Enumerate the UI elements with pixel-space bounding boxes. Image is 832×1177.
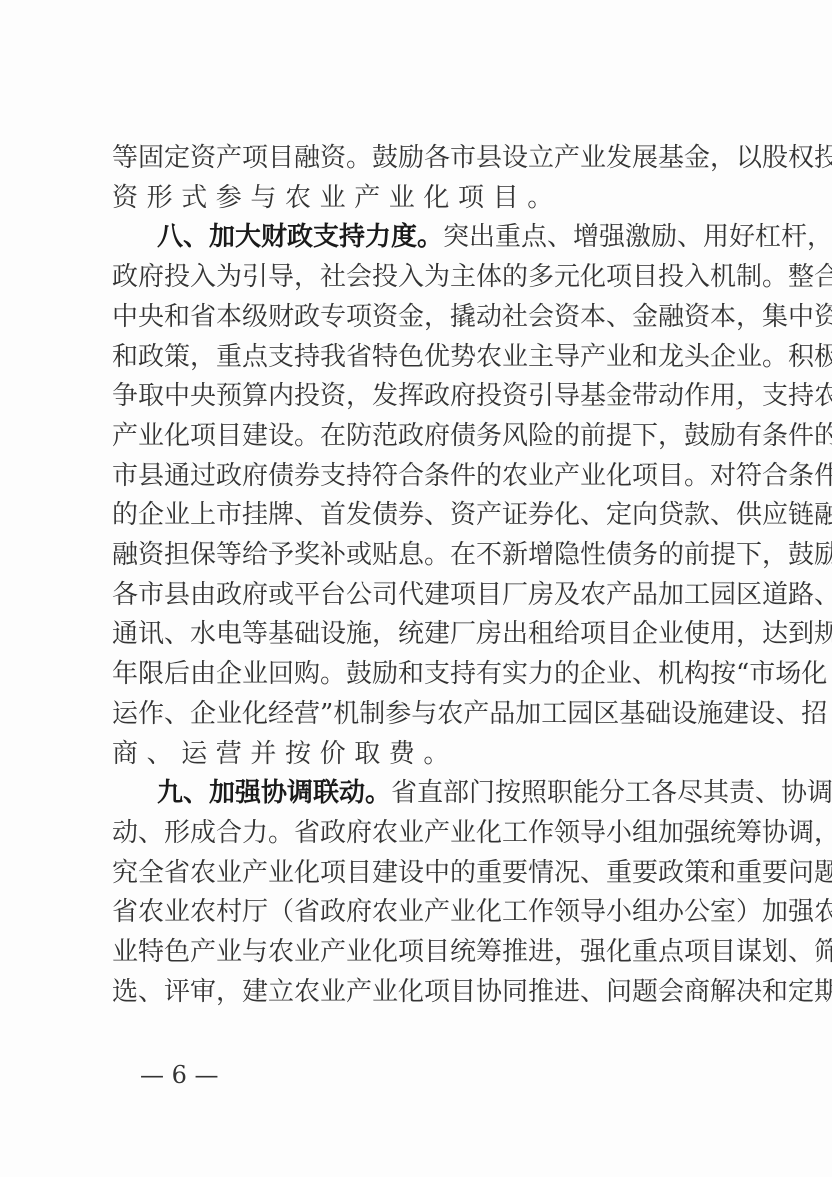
text-line: 政府投入为引导，社会投入为主体的多元化项目投入机制。整合 [112, 257, 724, 297]
text-line: 各市县由政府或平台公司代建项目厂房及农产品加工园区道路、 [112, 575, 724, 615]
text-line: 运作、企业化经营”机制参与农产品加工园区基础设施建设、招 [112, 694, 724, 734]
section-8-text: 突出重点、增强激励、用好杠杆，建立 [443, 222, 832, 252]
text-line: 争取中央预算内投资，发挥政府投资引导基金带动作用，支持农业 [112, 376, 724, 416]
text-line: 和政策，重点支持我省特色优势农业主导产业和龙头企业。积极 [112, 337, 724, 377]
text-line: 通讯、水电等基础设施，统建厂房出租给项目企业使用，达到规定 [112, 614, 724, 654]
text-line: 资形式参与农业产业化项目。 [112, 178, 724, 218]
text-line: 中央和省本级财政专项资金，撬动社会资本、金融资本，集中资金 [112, 297, 724, 337]
text-line: 融资担保等给予奖补或贴息。在不新增隐性债务的前提下，鼓励 [112, 535, 724, 575]
section-8-first-line: 八、加大财政支持力度。突出重点、增强激励、用好杠杆，建立 [157, 217, 724, 257]
page-number: — 6 — [140, 1060, 219, 1090]
text-line: 业特色产业与农业产业化项目统筹推进，强化重点项目谋划、筛 [112, 932, 724, 972]
text-line: 年限后由企业回购。鼓励和支持有实力的企业、机构按“市场化 [112, 654, 724, 694]
text-line: 产业化项目建设。在防范政府债务风险的前提下，鼓励有条件的 [112, 416, 724, 456]
text-line: 的企业上市挂牌、首发债券、资产证券化、定向贷款、供应链融资、 [112, 495, 724, 535]
text-line: 商、运营并按价取费。 [112, 734, 724, 774]
text-line: 选、评审，建立农业产业化项目协同推进、问题会商解决和定期通 [112, 972, 724, 1012]
scan-speck [736, 408, 738, 410]
section-9-heading: 九、加强协调联动。 [157, 778, 391, 808]
section-9-text: 省直部门按照职能分工各尽其责、协调联 [391, 778, 832, 808]
text-line: 究全省农业产业化项目建设中的重要情况、重要政策和重要问题。 [112, 853, 724, 893]
text-line: 等固定资产项目融资。鼓励各市县设立产业发展基金，以股权投 [112, 138, 724, 178]
text-line: 市县通过政府债券支持符合条件的农业产业化项目。对符合条件 [112, 456, 724, 496]
text-line: 省农业农村厅（省政府农业产业化工作领导小组办公室）加强农 [112, 892, 724, 932]
section-9-first-line: 九、加强协调联动。省直部门按照职能分工各尽其责、协调联 [157, 773, 724, 813]
document-page: 等固定资产项目融资。鼓励各市县设立产业发展基金，以股权投 资形式参与农业产业化项… [0, 0, 832, 1177]
text-line: 动、形成合力。省政府农业产业化工作领导小组加强统筹协调，研 [112, 813, 724, 853]
section-8-heading: 八、加大财政支持力度。 [157, 222, 443, 252]
